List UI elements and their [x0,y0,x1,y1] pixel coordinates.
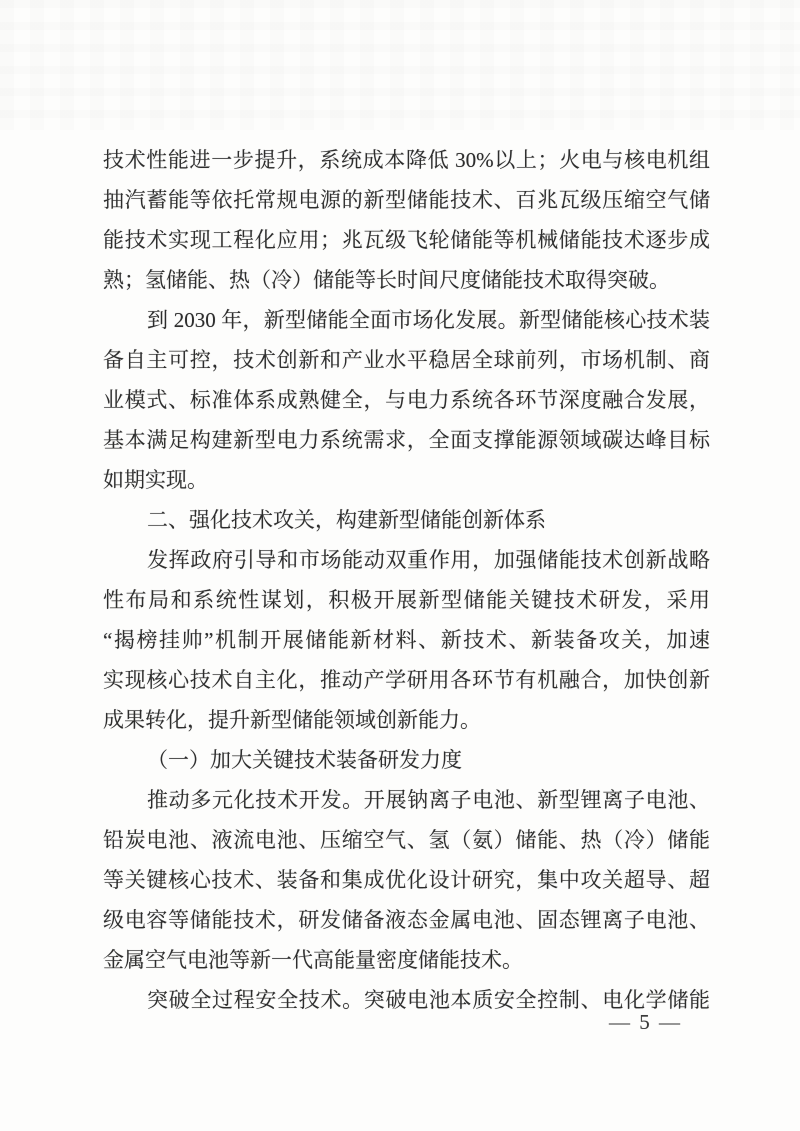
text-line: 性布局和系统性谋划，积极开展新型储能关键技术研发，采用 [103,580,710,620]
text-line: 成果转化，提升新型储能领域创新能力。 [103,700,710,740]
page-number: — 5 — [609,1002,682,1042]
text-line: 到 2030 年，新型储能全面市场化发展。新型储能核心技术装 [103,300,710,340]
text-line: 发挥政府引导和市场能动双重作用，加强储能技术创新战略 [103,540,710,580]
text-line: 备自主可控，技术创新和产业水平稳居全球前列，市场机制、商 [103,340,710,380]
text-line: 如期实现。 [103,460,710,500]
document-page: 技术性能进一步提升，系统成本降低 30%以上；火电与核电机组抽汽蓄能等依托常规电… [0,0,800,1131]
subsection-heading: （一）加大关键技术装备研发力度 [103,740,710,780]
text-line: 业模式、标准体系成熟健全，与电力系统各环节深度融合发展， [103,380,710,420]
text-line: 等关键核心技术、装备和集成优化设计研究，集中攻关超导、超 [103,860,710,900]
text-line: “揭榜挂帅”机制开展储能新材料、新技术、新装备攻关，加速 [103,620,710,660]
text-line: 能技术实现工程化应用；兆瓦级飞轮储能等机械储能技术逐步成 [103,220,710,260]
section-heading: 二、强化技术攻关，构建新型储能创新体系 [103,500,710,540]
text-line: 金属空气电池等新一代高能量密度储能技术。 [103,940,710,980]
text-line: 技术性能进一步提升，系统成本降低 30%以上；火电与核电机组 [103,140,710,180]
text-line: 抽汽蓄能等依托常规电源的新型储能技术、百兆瓦级压缩空气储 [103,180,710,220]
text-line: 熟；氢储能、热（冷）储能等长时间尺度储能技术取得突破。 [103,260,710,300]
document-text: 技术性能进一步提升，系统成本降低 30%以上；火电与核电机组抽汽蓄能等依托常规电… [103,140,710,1020]
text-line: 基本满足构建新型电力系统需求，全面支撑能源领域碳达峰目标 [103,420,710,460]
text-line: 铅炭电池、液流电池、压缩空气、氢（氨）储能、热（冷）储能 [103,820,710,860]
text-line: 级电容等储能技术，研发储备液态金属电池、固态锂离子电池、 [103,900,710,940]
text-line: 推动多元化技术开发。开展钠离子电池、新型锂离子电池、 [103,780,710,820]
text-line: 实现核心技术自主化，推动产学研用各环节有机融合，加快创新 [103,660,710,700]
